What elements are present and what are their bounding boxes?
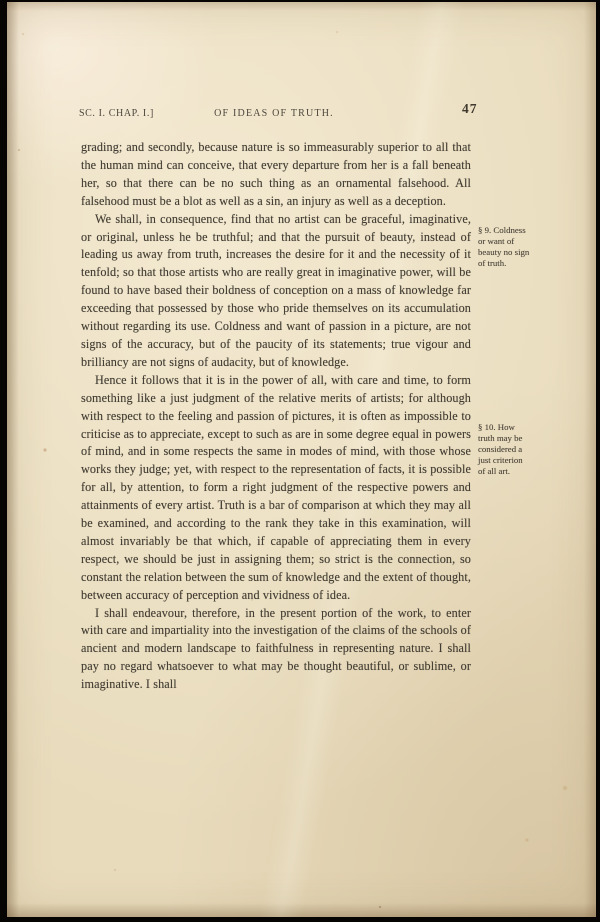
sidenote-line: truth may be (478, 433, 578, 444)
sidenote-section-9: § 9. Coldnessor want ofbeauty no signof … (478, 225, 578, 269)
running-title: OF IDEAS OF TRUTH. (79, 108, 469, 119)
sidenote-line: considered a (478, 444, 578, 455)
scanned-book-page: SC. I. CHAP. I.] OF IDEAS OF TRUTH. 47 g… (7, 2, 596, 917)
paragraph-1: grading; and secondly, because nature is… (81, 139, 471, 211)
paragraph-4: I shall endeavour, therefore, in the pre… (81, 605, 471, 695)
sidenote-line: § 10. How (478, 422, 578, 433)
sidenote-line: § 9. Coldness (478, 225, 578, 236)
sidenote-section-10: § 10. Howtruth may beconsidered ajust cr… (478, 422, 578, 477)
sidenote-line: of truth. (478, 258, 578, 269)
sidenote-line: beauty no sign (478, 247, 578, 258)
sidenote-line: just criterion (478, 455, 578, 466)
sidenote-line: of all art. (478, 466, 578, 477)
text-block: grading; and secondly, because nature is… (81, 139, 471, 694)
paragraph-3: Hence it follows that it is in the power… (81, 372, 471, 605)
paragraph-2: We shall, in consequence, find that no a… (81, 211, 471, 372)
page-number: 47 (462, 101, 478, 117)
sidenote-line: or want of (478, 236, 578, 247)
